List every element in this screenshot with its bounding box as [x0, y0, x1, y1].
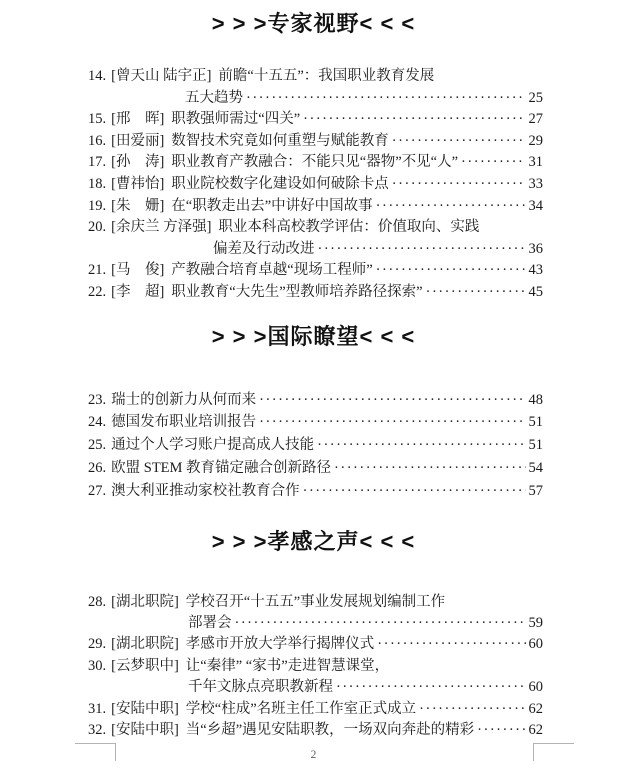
toc-entry: 14. [曾天山 陆宇正] 前瞻“十五五”：我国职业教育发展 [88, 66, 543, 88]
entry-author: [李 超] [111, 282, 164, 304]
entry-number: 31. [88, 699, 106, 720]
entry-number: 23. [88, 389, 106, 412]
entry-title: 瑞士的创新力从何而来 [111, 389, 256, 412]
entry-title: 孝感市开放大学举行揭牌仪式 [186, 634, 375, 655]
toc-entry-continuation: 偏差及行动改进 36 [88, 239, 543, 261]
toc-entry: 23. 瑞士的创新力从何而来 48 [88, 389, 543, 412]
entry-title: 职业本科高校教学评估：价值取向、实践 [218, 217, 479, 239]
entry-title: 当“乡超”遇见安陆职教，一场双向奔赴的精彩 [186, 720, 474, 741]
dot-leader [377, 634, 525, 655]
entry-number: 14. [88, 66, 106, 88]
entry-title: 通过个人学习账户提高成人技能 [111, 434, 314, 457]
entry-title: 让“秦律” “家书”走进智慧课堂， [186, 656, 389, 677]
entry-title-continued: 五大趋势 [185, 88, 243, 110]
entry-page: 34 [529, 196, 544, 218]
section-heading-international: > > >国际瞭望< < < [0, 325, 627, 348]
entry-title: 职教强师需过“四关” [171, 109, 300, 131]
toc-entry-continuation: 千年文脉点亮职教新程 60 [88, 677, 543, 698]
entry-title-continued: 千年文脉点亮职教新程 [188, 677, 333, 698]
toc-entry: 31. [安陆中职] 学校“柱成”名班主任工作室正式成立 62 [88, 699, 543, 720]
entry-page: 57 [529, 480, 544, 503]
entry-author: [曾天山 陆宇正] [111, 66, 211, 88]
entry-page: 51 [529, 434, 544, 457]
dot-leader [303, 480, 526, 503]
dot-leader [303, 109, 525, 131]
dot-leader [336, 677, 526, 698]
toc-entry: 17. [孙 涛] 职业教育产教融合：不能只见“器物”不见“人” 31 [88, 152, 543, 174]
dot-leader [392, 131, 526, 153]
page-number: 2 [0, 749, 627, 761]
entry-page: 59 [529, 613, 544, 634]
entry-author: [马 俊] [111, 260, 164, 282]
toc-entry: 16. [田爱丽] 数智技术究竟如何重塑与赋能教育 29 [88, 131, 543, 153]
toc-section-xiaogan: 28. [湖北职院] 学校召开“十五五”事业发展规划编制工作 部署会 59 29… [88, 592, 543, 742]
dot-leader [392, 174, 526, 196]
dot-leader [376, 196, 526, 218]
entry-number: 22. [88, 282, 106, 304]
dot-leader [235, 613, 526, 634]
toc-entry: 30. [云梦职中] 让“秦律” “家书”走进智慧课堂， [88, 656, 543, 677]
entry-title: 前瞻“十五五”：我国职业教育发展 [218, 66, 434, 88]
dot-leader [318, 239, 526, 261]
dot-leader [317, 434, 525, 457]
entry-number: 28. [88, 592, 106, 613]
entry-number: 20. [88, 217, 106, 239]
entry-page: 62 [529, 699, 544, 720]
entry-page: 43 [529, 260, 544, 282]
toc-entry: 27. 澳大利亚推动家校社教育合作 57 [88, 480, 543, 503]
entry-page: 60 [529, 677, 544, 698]
entry-number: 15. [88, 109, 106, 131]
dot-leader [419, 699, 525, 720]
toc-entry: 19. [朱 姗] 在“职教走出去”中讲好中国故事 34 [88, 196, 543, 218]
toc-entry: 26. 欧盟 STEM 教育锚定融合创新路径 54 [88, 457, 543, 480]
entry-page: 27 [529, 109, 544, 131]
entry-author: [孙 涛] [111, 152, 164, 174]
dot-leader [426, 282, 526, 304]
entry-source: [安陆中职] [111, 699, 179, 720]
entry-title: 数智技术究竟如何重塑与赋能教育 [171, 131, 389, 153]
entry-number: 24. [88, 411, 106, 434]
entry-number: 32. [88, 720, 106, 741]
toc-entry: 20. [余庆兰 方泽强] 职业本科高校教学评估：价值取向、实践 [88, 217, 543, 239]
entry-title: 学校召开“十五五”事业发展规划编制工作 [186, 592, 445, 613]
entry-number: 19. [88, 196, 106, 218]
entry-page: 33 [529, 174, 544, 196]
toc-entry: 22. [李 超] 职业教育“大先生”型教师培养路径探索” 45 [88, 282, 543, 304]
entry-author: [田爱丽] [111, 131, 164, 153]
toc-entry: 15. [邢 晖] 职教强师需过“四关” 27 [88, 109, 543, 131]
toc-entry: 18. [曹祎怡] 职业院校数字化建设如何破除卡点 33 [88, 174, 543, 196]
entry-number: 17. [88, 152, 106, 174]
entry-page: 60 [529, 634, 544, 655]
entry-number: 16. [88, 131, 106, 153]
toc-entry: 25. 通过个人学习账户提高成人技能 51 [88, 434, 543, 457]
entry-number: 29. [88, 634, 106, 655]
entry-number: 27. [88, 480, 106, 503]
entry-title: 职业教育“大先生”型教师培养路径探索” [171, 282, 422, 304]
dot-leader [259, 389, 525, 412]
toc-section-experts: 14. [曾天山 陆宇正] 前瞻“十五五”：我国职业教育发展 五大趋势 25 1… [88, 66, 543, 304]
dot-leader [477, 720, 525, 741]
entry-source: [湖北职院] [111, 634, 179, 655]
entry-title: 德国发布职业培训报告 [111, 411, 256, 434]
entry-title-continued: 偏差及行动改进 [213, 239, 315, 261]
entry-page: 45 [529, 282, 544, 304]
toc-entry-continuation: 五大趋势 25 [88, 88, 543, 110]
section-heading-xiaogan: > > >孝感之声< < < [0, 530, 627, 553]
entry-title: 欧盟 STEM 教育锚定融合创新路径 [111, 457, 331, 480]
entry-page: 62 [529, 720, 544, 741]
entry-source: [湖北职院] [111, 592, 179, 613]
entry-number: 18. [88, 174, 106, 196]
entry-title: 澳大利亚推动家校社教育合作 [111, 480, 300, 503]
entry-number: 26. [88, 457, 106, 480]
toc-entry-continuation: 部署会 59 [88, 613, 543, 634]
entry-author: [余庆兰 方泽强] [111, 217, 211, 239]
toc-entry: 29. [湖北职院] 孝感市开放大学举行揭牌仪式 60 [88, 634, 543, 655]
dot-leader [461, 152, 525, 174]
dot-leader [259, 411, 525, 434]
entry-number: 30. [88, 656, 106, 677]
entry-author: [邢 晖] [111, 109, 164, 131]
entry-source: [安陆中职] [111, 720, 179, 741]
entry-page: 51 [529, 411, 544, 434]
toc-section-international: 23. 瑞士的创新力从何而来 48 24. 德国发布职业培训报告 51 25. … [88, 389, 543, 503]
section-heading-experts: > > >专家视野< < < [0, 0, 627, 35]
entry-title: 职业教育产教融合：不能只见“器物”不见“人” [171, 152, 458, 174]
dot-leader [334, 457, 525, 480]
entry-page: 48 [529, 389, 544, 412]
entry-source: [云梦职中] [111, 656, 179, 677]
toc-entry: 32. [安陆中职] 当“乡超”遇见安陆职教，一场双向奔赴的精彩 62 [88, 720, 543, 741]
entry-number: 25. [88, 434, 106, 457]
entry-page: 29 [529, 131, 544, 153]
entry-title-continued: 部署会 [188, 613, 232, 634]
document-page: > > >专家视野< < < 14. [曾天山 陆宇正] 前瞻“十五五”：我国职… [0, 0, 627, 776]
entry-number: 21. [88, 260, 106, 282]
entry-title: 产教融合培育卓越“现场工程师” [171, 260, 372, 282]
entry-page: 54 [529, 457, 544, 480]
entry-title: 学校“柱成”名班主任工作室正式成立 [186, 699, 416, 720]
toc-entry: 21. [马 俊] 产教融合培育卓越“现场工程师” 43 [88, 260, 543, 282]
entry-author: [朱 姗] [111, 196, 164, 218]
entry-page: 31 [529, 152, 544, 174]
entry-title: 在“职教走出去”中讲好中国故事 [171, 196, 372, 218]
dot-leader [246, 88, 526, 110]
dot-leader [376, 260, 526, 282]
entry-page: 36 [529, 239, 544, 261]
entry-page: 25 [529, 88, 544, 110]
entry-author: [曹祎怡] [111, 174, 164, 196]
toc-entry: 28. [湖北职院] 学校召开“十五五”事业发展规划编制工作 [88, 592, 543, 613]
toc-entry: 24. 德国发布职业培训报告 51 [88, 411, 543, 434]
entry-title: 职业院校数字化建设如何破除卡点 [171, 174, 389, 196]
